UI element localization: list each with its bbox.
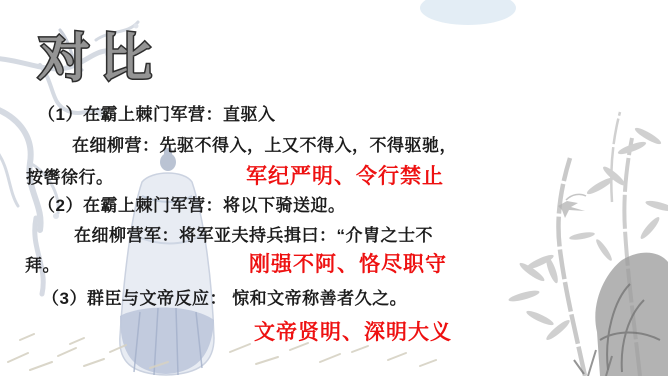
point2-conclusion: 刚强不阿、恪尽职守 <box>249 254 447 275</box>
rock-icon <box>574 253 668 376</box>
slide-title: 对比 <box>38 30 162 88</box>
point2-label: （2）在霸上棘门军营：将以下骑送迎。 <box>38 197 345 214</box>
ink-smudge <box>420 0 516 25</box>
point1-conclusion: 军纪严明、令行禁止 <box>246 166 444 187</box>
point2-detail: 在细柳营军：将军亚夫持兵揖曰：“介胄之士不 <box>74 227 433 244</box>
scholar-figure-icon <box>120 148 214 375</box>
point2-detail-wrap: 拜。 <box>25 257 60 274</box>
point1-detail: 在细柳营：先驱不得入，上又不得入，不得驱驰， <box>72 137 457 154</box>
presentation-slide: 对比 （1）在霸上棘门军营：直驱入 在细柳营：先驱不得入，上又不得入，不得驱驰，… <box>0 0 668 376</box>
title-block: 对比 <box>28 12 268 102</box>
point1-label: （1）在霸上棘门军营：直驱入 <box>38 106 275 123</box>
point3-label: （3）群臣与文帝反应： 惊和文帝称善者久之。 <box>42 290 407 307</box>
point1-detail-wrap: 按辔徐行。 <box>26 169 114 186</box>
point3-conclusion: 文帝贤明、深明大义 <box>254 322 452 343</box>
